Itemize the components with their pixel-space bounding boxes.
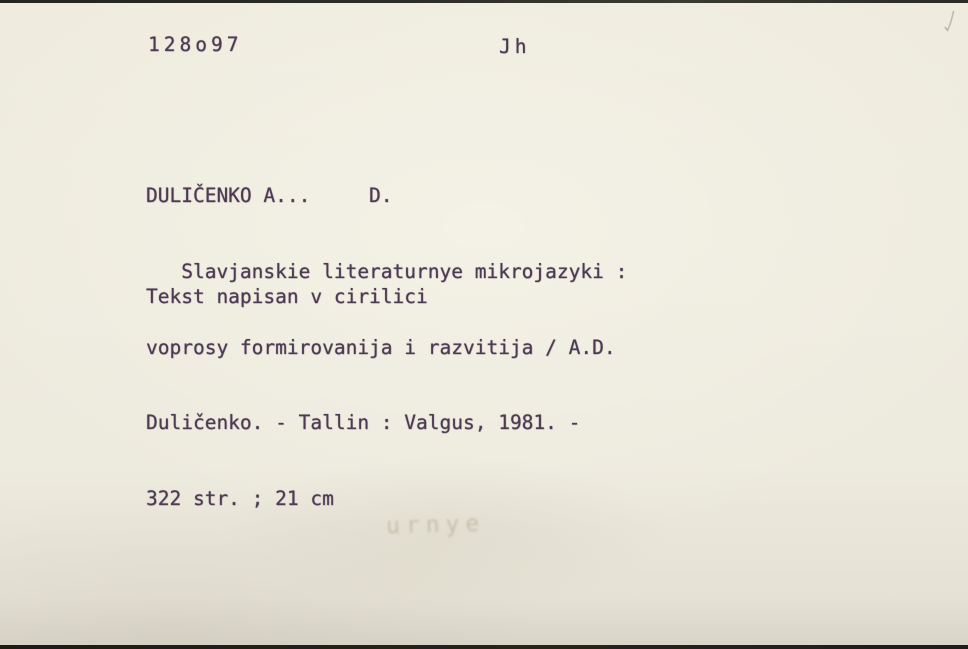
call-number: 128o97 <box>148 32 242 57</box>
entry-line-imprint: Duličenko. - Tallin : Valgus, 1981. - <box>146 410 627 435</box>
entry-line-title: Slavjanskie literaturnye mikrojazyki : <box>146 259 627 284</box>
entry-line-author-heading: DULIČENKO A... D. <box>146 183 627 208</box>
pen-mark-icon <box>936 8 962 38</box>
catalog-card: 128o97 Jh DULIČENKO A... D. Slavjanskie … <box>0 0 968 649</box>
entry-line-collation: 322 str. ; 21 cm <box>146 486 627 511</box>
entry-line-subtitle: voprosy formirovanija i razvitija / A.D. <box>146 335 627 360</box>
card-bottom-edge <box>0 645 968 649</box>
ghost-text: urnye <box>386 511 486 540</box>
catalog-entry: DULIČENKO A... D. Slavjanskie literaturn… <box>146 133 627 561</box>
card-top-edge <box>0 0 968 3</box>
note-line: Tekst napisan v cirilici <box>146 284 428 309</box>
classification-code: Jh <box>499 34 530 59</box>
